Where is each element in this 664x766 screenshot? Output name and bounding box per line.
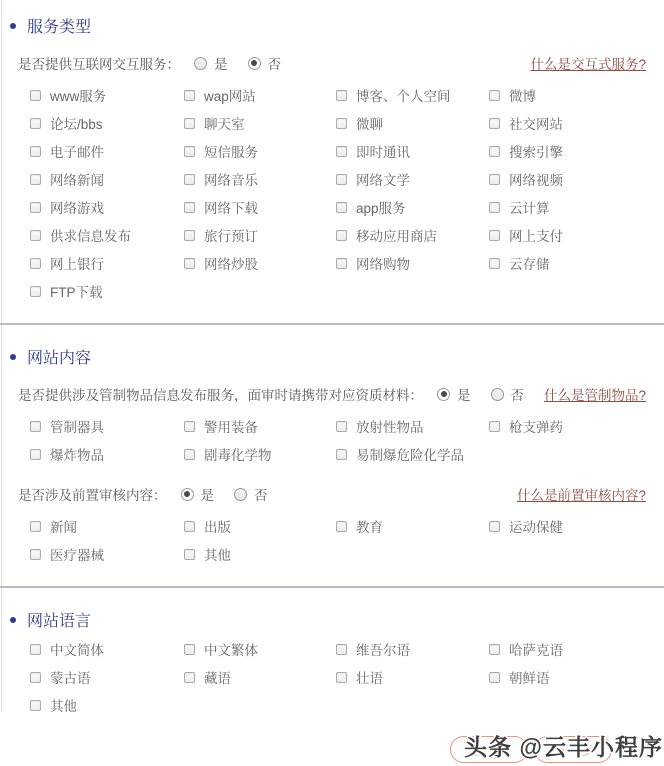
checkbox-icon[interactable] xyxy=(30,449,41,460)
checkbox-icon[interactable] xyxy=(489,521,500,532)
radio-icon[interactable] xyxy=(181,488,194,501)
checkbox-item[interactable]: 云计算 xyxy=(489,193,646,221)
watermark-text: 头条 @云丰小程序 xyxy=(464,729,663,762)
question-label: 是否涉及前置审核内容： xyxy=(18,484,167,504)
checkbox-item[interactable]: 医疗器械 xyxy=(30,540,184,568)
checkbox-label: 网络购物 xyxy=(356,253,410,273)
checkbox-item[interactable]: 藏语 xyxy=(184,663,336,691)
checkbox-label: 爆炸物品 xyxy=(50,444,104,464)
checkbox-label: FTP下载 xyxy=(50,281,103,301)
checkbox-icon[interactable] xyxy=(489,644,500,655)
checkbox-label: 云存储 xyxy=(509,253,550,273)
checkbox-item[interactable]: 维吾尔语 xyxy=(336,635,489,663)
checkbox-label: 搜索引擎 xyxy=(509,141,563,161)
checkbox-icon[interactable] xyxy=(184,230,195,241)
checkbox-label: 中文繁体 xyxy=(204,639,258,659)
checkbox-label: 网络新闻 xyxy=(50,169,104,189)
checkbox-icon[interactable] xyxy=(30,146,41,157)
checkbox-item[interactable]: 哈萨克语 xyxy=(489,635,646,663)
checkbox-icon[interactable] xyxy=(30,118,41,129)
checkbox-icon[interactable] xyxy=(184,202,195,213)
checkbox-item[interactable]: 其他 xyxy=(30,691,184,719)
checkbox-icon[interactable] xyxy=(30,258,41,269)
checkbox-item[interactable]: 易制爆危险化学品 xyxy=(336,440,489,468)
checkbox-icon[interactable] xyxy=(184,644,195,655)
checkbox-icon[interactable] xyxy=(489,672,500,683)
radio-icon[interactable] xyxy=(248,57,261,70)
checkbox-item[interactable]: www服务 xyxy=(30,81,184,109)
radio-label: 否 xyxy=(511,384,525,404)
checkbox-icon[interactable] xyxy=(184,521,195,532)
checkbox-grid: www服务 wap网站 博客、个人空间 微博 论坛/bbs 聊天室 微聊 社交网… xyxy=(30,81,646,305)
checkbox-label: 供求信息发布 xyxy=(50,225,131,245)
checkbox-label: 网上银行 xyxy=(50,253,104,273)
checkbox-label: 哈萨克语 xyxy=(509,639,563,659)
checkbox-icon[interactable] xyxy=(336,449,347,460)
checkbox-item[interactable]: 放射性物品 xyxy=(336,412,489,440)
checkbox-label: 云计算 xyxy=(509,197,550,217)
section-title-row: 服务类型 xyxy=(8,14,646,37)
checkbox-label: 维吾尔语 xyxy=(356,639,410,659)
checkbox-item[interactable]: wap网站 xyxy=(184,81,336,109)
checkbox-icon[interactable] xyxy=(489,202,500,213)
checkbox-item[interactable]: 网络新闻 xyxy=(30,165,184,193)
checkbox-item[interactable]: FTP下载 xyxy=(30,277,184,305)
radio-icon[interactable] xyxy=(491,388,504,401)
checkbox-item[interactable]: 供求信息发布 xyxy=(30,221,184,249)
checkbox-item[interactable]: 网络游戏 xyxy=(30,193,184,221)
checkbox-label: 网络音乐 xyxy=(204,169,258,189)
form-footer: 上一步 下一步 头条 @云丰小程序 xyxy=(0,720,664,766)
checkbox-item[interactable]: 网络购物 xyxy=(336,249,489,277)
section-blocks: 中文简体 中文繁体 维吾尔语 哈萨克语 蒙古语 藏语 壮语 朝鲜语 其他 xyxy=(8,635,646,719)
checkbox-item[interactable]: 网络视频 xyxy=(489,165,646,193)
checkbox-item[interactable]: 网络下载 xyxy=(184,193,336,221)
checkbox-icon[interactable] xyxy=(489,146,500,157)
section-title: 网站内容 xyxy=(27,345,91,368)
checkbox-icon[interactable] xyxy=(489,90,500,101)
checkbox-label: 网络文学 xyxy=(356,169,410,189)
checkbox-icon[interactable] xyxy=(489,258,500,269)
checkbox-icon[interactable] xyxy=(30,672,41,683)
help-link[interactable]: 什么是交互式服务? xyxy=(530,53,646,73)
radio-option[interactable]: 否 xyxy=(491,384,525,404)
radio-label: 是 xyxy=(201,484,215,504)
checkbox-item[interactable]: 网上银行 xyxy=(30,249,184,277)
section-website-content: 网站内容 是否提供涉及管制物品信息发布服务，面审时请携带对应资质材料： 是 否 … xyxy=(0,323,664,586)
form-sections: 服务类型 是否提供互联网交互服务： 是 否 什么是交互式服务? www服务 wa… xyxy=(0,0,664,737)
checkbox-item[interactable]: 聊天室 xyxy=(184,109,336,137)
bullet-icon xyxy=(10,354,16,360)
help-link[interactable]: 什么是管制物品? xyxy=(544,384,646,404)
checkbox-icon[interactable] xyxy=(336,644,347,655)
checkbox-label: 微博 xyxy=(509,85,536,105)
checkbox-label: 教育 xyxy=(356,516,383,536)
checkbox-label: 警用装备 xyxy=(204,416,258,436)
radio-label: 是 xyxy=(214,53,228,73)
bullet-icon xyxy=(10,617,16,623)
service-info-form: 服务类型 是否提供互联网交互服务： 是 否 什么是交互式服务? www服务 wa… xyxy=(0,0,664,766)
checkbox-label: 即时通讯 xyxy=(356,141,410,161)
checkbox-item[interactable]: 云存储 xyxy=(489,249,646,277)
checkbox-item[interactable]: 博客、个人空间 xyxy=(336,81,489,109)
checkbox-label: 朝鲜语 xyxy=(509,667,550,687)
checkbox-icon[interactable] xyxy=(184,449,195,460)
checkbox-label: app服务 xyxy=(356,197,406,217)
checkbox-label: 剧毒化学物 xyxy=(204,444,272,464)
checkbox-icon[interactable] xyxy=(336,230,347,241)
checkbox-item[interactable]: 旅行预订 xyxy=(184,221,336,249)
checkbox-label: 博客、个人空间 xyxy=(356,85,451,105)
checkbox-item[interactable]: 蒙古语 xyxy=(30,663,184,691)
section-service-type: 服务类型 是否提供互联网交互服务： 是 否 什么是交互式服务? www服务 wa… xyxy=(0,0,664,323)
radio-label: 否 xyxy=(254,484,268,504)
section-title-row: 网站内容 xyxy=(8,345,646,368)
checkbox-icon[interactable] xyxy=(30,174,41,185)
checkbox-icon[interactable] xyxy=(336,421,347,432)
checkbox-label: 网上支付 xyxy=(509,225,563,245)
checkbox-item[interactable]: 社交网站 xyxy=(489,109,646,137)
checkbox-icon[interactable] xyxy=(489,174,500,185)
checkbox-icon[interactable] xyxy=(30,230,41,241)
radio-group: 是 否 xyxy=(181,484,268,504)
checkbox-label: 论坛/bbs xyxy=(50,113,103,133)
checkbox-icon[interactable] xyxy=(336,90,347,101)
checkbox-icon[interactable] xyxy=(184,90,195,101)
checkbox-icon[interactable] xyxy=(184,146,195,157)
checkbox-item[interactable]: 中文简体 xyxy=(30,635,184,663)
checkbox-item[interactable]: 网络音乐 xyxy=(184,165,336,193)
checkbox-label: 中文简体 xyxy=(50,639,104,659)
checkbox-item[interactable]: 中文繁体 xyxy=(184,635,336,663)
question-block: 是否提供涉及管制物品信息发布服务，面审时请携带对应资质材料： 是 否 什么是管制… xyxy=(8,384,646,468)
checkbox-label: 其他 xyxy=(50,695,77,715)
checkbox-label: 运动保健 xyxy=(509,516,563,536)
radio-option[interactable]: 否 xyxy=(248,53,282,73)
checkbox-label: 枪支弹药 xyxy=(509,416,563,436)
question-row: 是否提供互联网交互服务： 是 否 什么是交互式服务? xyxy=(18,53,646,73)
checkbox-icon[interactable] xyxy=(30,700,41,711)
question-label: 是否提供互联网交互服务： xyxy=(18,53,180,73)
checkbox-label: 新闻 xyxy=(50,516,77,536)
checkbox-icon[interactable] xyxy=(184,118,195,129)
radio-icon[interactable] xyxy=(437,388,450,401)
checkbox-item[interactable]: 微聊 xyxy=(336,109,489,137)
section-blocks: 是否提供互联网交互服务： 是 否 什么是交互式服务? www服务 wap网站 博… xyxy=(8,53,646,305)
checkbox-label: 易制爆危险化学品 xyxy=(356,444,464,464)
checkbox-icon[interactable] xyxy=(184,174,195,185)
radio-icon[interactable] xyxy=(194,57,207,70)
checkbox-label: 社交网站 xyxy=(509,113,563,133)
checkbox-icon[interactable] xyxy=(489,421,500,432)
radio-group: 是 否 xyxy=(194,53,281,73)
checkbox-icon[interactable] xyxy=(30,549,41,560)
checkbox-label: 管制器具 xyxy=(50,416,104,436)
checkbox-label: 其他 xyxy=(204,544,231,564)
checkbox-grid: 中文简体 中文繁体 维吾尔语 哈萨克语 蒙古语 藏语 壮语 朝鲜语 其他 xyxy=(30,635,646,719)
checkbox-item[interactable]: 新闻 xyxy=(30,512,184,540)
bullet-icon xyxy=(10,23,16,29)
checkbox-item[interactable]: 电子邮件 xyxy=(30,137,184,165)
checkbox-icon[interactable] xyxy=(184,672,195,683)
checkbox-item[interactable]: 教育 xyxy=(336,512,489,540)
checkbox-label: 医疗器械 xyxy=(50,544,104,564)
checkbox-label: 蒙古语 xyxy=(50,667,91,687)
checkbox-item[interactable]: 移动应用商店 xyxy=(336,221,489,249)
question-row: 是否提供涉及管制物品信息发布服务，面审时请携带对应资质材料： 是 否 什么是管制… xyxy=(18,384,646,404)
checkbox-item[interactable]: 剧毒化学物 xyxy=(184,440,336,468)
checkbox-item[interactable]: 警用装备 xyxy=(184,412,336,440)
checkbox-item[interactable]: 其他 xyxy=(184,540,336,568)
radio-option[interactable]: 是 xyxy=(194,53,228,73)
checkbox-item[interactable]: 论坛/bbs xyxy=(30,109,184,137)
question-block: 是否提供互联网交互服务： 是 否 什么是交互式服务? www服务 wap网站 博… xyxy=(8,53,646,305)
checkbox-label: 出版 xyxy=(204,516,231,536)
checkbox-icon[interactable] xyxy=(336,672,347,683)
checkbox-item[interactable]: 微博 xyxy=(489,81,646,109)
checkbox-label: 网络炒股 xyxy=(204,253,258,273)
question-row: 是否涉及前置审核内容： 是 否 什么是前置审核内容? xyxy=(18,484,646,504)
question-block: 中文简体 中文繁体 维吾尔语 哈萨克语 蒙古语 藏语 壮语 朝鲜语 其他 xyxy=(8,635,646,719)
radio-icon[interactable] xyxy=(234,488,247,501)
checkbox-label: 网络视频 xyxy=(509,169,563,189)
checkbox-label: 壮语 xyxy=(356,667,383,687)
checkbox-icon[interactable] xyxy=(336,521,347,532)
question-label: 是否提供涉及管制物品信息发布服务，面审时请携带对应资质材料： xyxy=(18,384,423,404)
checkbox-item[interactable]: 爆炸物品 xyxy=(30,440,184,468)
checkbox-item[interactable]: 搜索引擎 xyxy=(489,137,646,165)
checkbox-icon[interactable] xyxy=(30,521,41,532)
checkbox-item[interactable]: 朝鲜语 xyxy=(489,663,646,691)
checkbox-icon[interactable] xyxy=(336,174,347,185)
checkbox-label: 微聊 xyxy=(356,113,383,133)
checkbox-icon[interactable] xyxy=(336,258,347,269)
checkbox-item[interactable]: 即时通讯 xyxy=(336,137,489,165)
checkbox-label: 网络下载 xyxy=(204,197,258,217)
checkbox-item[interactable]: 出版 xyxy=(184,512,336,540)
checkbox-item[interactable]: 枪支弹药 xyxy=(489,412,646,440)
checkbox-label: 电子邮件 xyxy=(50,141,104,161)
checkbox-item[interactable]: 运动保健 xyxy=(489,512,646,540)
checkbox-icon[interactable] xyxy=(336,118,347,129)
checkbox-item[interactable]: 管制器具 xyxy=(30,412,184,440)
checkbox-label: 藏语 xyxy=(204,667,231,687)
checkbox-item[interactable]: 网上支付 xyxy=(489,221,646,249)
help-link[interactable]: 什么是前置审核内容? xyxy=(517,484,646,504)
checkbox-icon[interactable] xyxy=(336,146,347,157)
checkbox-icon[interactable] xyxy=(30,421,41,432)
radio-option[interactable]: 是 xyxy=(437,384,471,404)
checkbox-label: 移动应用商店 xyxy=(356,225,437,245)
checkbox-icon[interactable] xyxy=(184,258,195,269)
radio-option[interactable]: 是 xyxy=(181,484,215,504)
radio-label: 否 xyxy=(268,53,282,73)
checkbox-item[interactable]: 壮语 xyxy=(336,663,489,691)
radio-option[interactable]: 否 xyxy=(234,484,268,504)
checkbox-icon[interactable] xyxy=(489,118,500,129)
checkbox-label: 聊天室 xyxy=(204,113,245,133)
checkbox-item[interactable]: app服务 xyxy=(336,193,489,221)
section-blocks: 是否提供涉及管制物品信息发布服务，面审时请携带对应资质材料： 是 否 什么是管制… xyxy=(8,384,646,568)
checkbox-grid: 管制器具 警用装备 放射性物品 枪支弹药 爆炸物品 剧毒化学物 易制爆危险化学品 xyxy=(30,412,646,468)
question-block: 是否涉及前置审核内容： 是 否 什么是前置审核内容? 新闻 出版 教育 运动保健… xyxy=(8,484,646,568)
checkbox-label: 放射性物品 xyxy=(356,416,424,436)
checkbox-label: 网络游戏 xyxy=(50,197,104,217)
checkbox-item[interactable]: 网络文学 xyxy=(336,165,489,193)
checkbox-icon[interactable] xyxy=(184,549,195,560)
section-title: 服务类型 xyxy=(27,14,91,37)
checkbox-icon[interactable] xyxy=(30,286,41,297)
checkbox-grid: 新闻 出版 教育 运动保健 医疗器械 其他 xyxy=(30,512,646,568)
checkbox-label: 短信服务 xyxy=(204,141,258,161)
checkbox-label: www服务 xyxy=(50,85,106,105)
checkbox-icon[interactable] xyxy=(336,202,347,213)
checkbox-label: 旅行预订 xyxy=(204,225,258,245)
checkbox-item[interactable]: 短信服务 xyxy=(184,137,336,165)
checkbox-icon[interactable] xyxy=(30,644,41,655)
checkbox-item[interactable]: 网络炒股 xyxy=(184,249,336,277)
checkbox-label: wap网站 xyxy=(204,85,256,105)
checkbox-icon[interactable] xyxy=(30,202,41,213)
checkbox-icon[interactable] xyxy=(489,230,500,241)
checkbox-icon[interactable] xyxy=(30,90,41,101)
section-title: 网站语言 xyxy=(27,608,91,631)
radio-label: 是 xyxy=(457,384,471,404)
section-title-row: 网站语言 xyxy=(8,608,646,631)
checkbox-icon[interactable] xyxy=(184,421,195,432)
section-website-language: 网站语言 中文简体 中文繁体 维吾尔语 哈萨克语 蒙古语 藏语 壮语 朝鲜语 其… xyxy=(0,586,664,737)
radio-group: 是 否 xyxy=(437,384,524,404)
